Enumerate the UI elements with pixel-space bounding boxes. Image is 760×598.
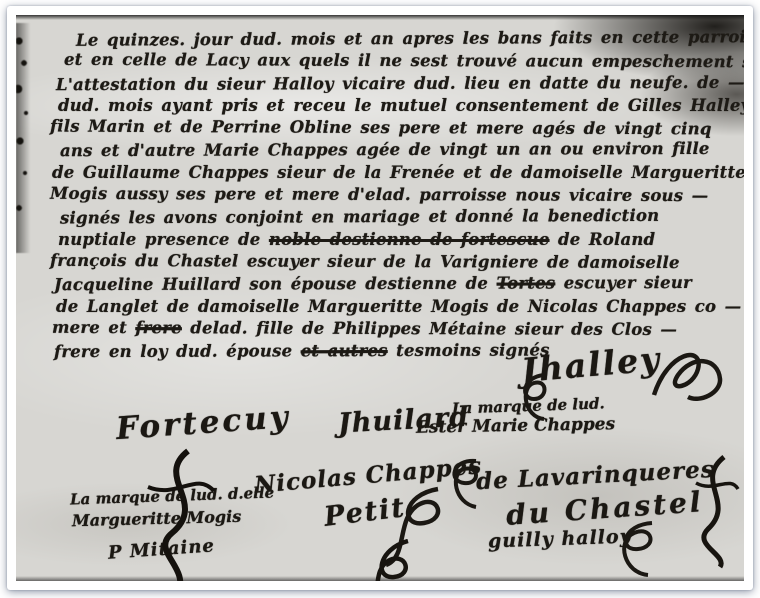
manuscript-line: dud. mois ayant pris et receu le mutuel … — [58, 95, 734, 117]
manuscript-line: Jacqueline Huillard son épouse destienne… — [54, 272, 734, 297]
line-text: fils Marin et de Perrine Obline ses pere… — [50, 117, 712, 139]
paraph-flourish-icon — [604, 517, 670, 581]
line-text: L'attestation du sieur Halloy vicaire du… — [56, 72, 744, 93]
manuscript-line: ans et d'autre Marie Chappes agée de vin… — [60, 138, 734, 163]
manuscript-line: françois du Chastel escuyer sieur de la … — [50, 250, 734, 275]
manuscript-line: L'attestation du sieur Halloy vicaire du… — [56, 71, 734, 96]
manuscript-line: Le quinzes. jour dud. mois et an apres l… — [76, 26, 734, 52]
paraph-flourish-icon — [514, 371, 560, 423]
struck-text: Tortes — [497, 274, 556, 293]
paraph-flourish-icon — [364, 539, 424, 581]
manuscript-page: Le quinzes. jour dud. mois et an apres l… — [16, 15, 744, 581]
manuscript-line: fils Marin et de Perrine Obline ses pere… — [50, 116, 734, 141]
manuscript-line: et en celle de Lacy aux quels il ne sest… — [64, 49, 734, 74]
line-text: et en celle de Lacy aux quels il ne sest… — [64, 50, 744, 72]
line-text: Le quinzes. jour dud. mois et an apres l… — [76, 27, 744, 50]
manuscript-line: de Langlet de damoiselle Margueritte Mog… — [56, 296, 734, 318]
line-text: frere en loy dud. épouse — [54, 341, 301, 361]
signature-fortescu: Fortecuy — [115, 399, 292, 447]
line-text: de Roland — [550, 230, 656, 249]
line-text: Mogis aussy ses pere et mere d'elad. par… — [50, 184, 708, 205]
manuscript-line: de Guillaume Chappes sieur de la Frenée … — [52, 162, 734, 184]
struck-text: noble destienne de fortescue — [269, 230, 550, 249]
line-text: delad. fille de Philippes Métaine sieur … — [182, 318, 677, 339]
manuscript-line: Mogis aussy ses pere et mere d'elad. par… — [50, 183, 734, 208]
paraph-flourish-icon — [648, 343, 726, 409]
photo-dark-edge-left — [16, 23, 34, 253]
scanned-document-frame: Le quinzes. jour dud. mois et an apres l… — [7, 6, 753, 590]
line-text: escuyer sieur — [555, 273, 692, 292]
line-text: françois du Chastel escuyer sieur de la … — [50, 251, 680, 272]
photo-dark-edge-top — [16, 15, 744, 20]
line-text: dud. mois ayant pris et receu le mutuel … — [58, 96, 744, 115]
manuscript-line: signés les avons conjoint en mariage et … — [60, 205, 734, 230]
witness-mark-icon — [138, 447, 222, 581]
line-text: de Guillaume Chappes sieur de la Frenée … — [52, 163, 744, 182]
paraph-flourish-icon — [442, 455, 490, 511]
line-text: nuptiale presence de — [58, 230, 269, 249]
manuscript-line: mere et frere delad. fille de Philippes … — [52, 317, 734, 342]
paraph-flourish-icon — [684, 453, 742, 571]
line-text: mere et — [52, 318, 135, 337]
line-text: Jacqueline Huillard son épouse destienne… — [54, 274, 497, 295]
manuscript-line: nuptiale presence de noble destienne de … — [58, 229, 734, 251]
line-text: signés les avons conjoint en mariage et … — [60, 206, 659, 228]
struck-text: frere — [135, 318, 182, 337]
manuscript-text-block: Le quinzes. jour dud. mois et an apres l… — [50, 28, 734, 362]
line-text: de Langlet de damoiselle Margueritte Mog… — [56, 297, 741, 316]
line-text: ans et d'autre Marie Chappes agée de vin… — [60, 139, 710, 160]
struck-text: et autres — [301, 341, 388, 360]
